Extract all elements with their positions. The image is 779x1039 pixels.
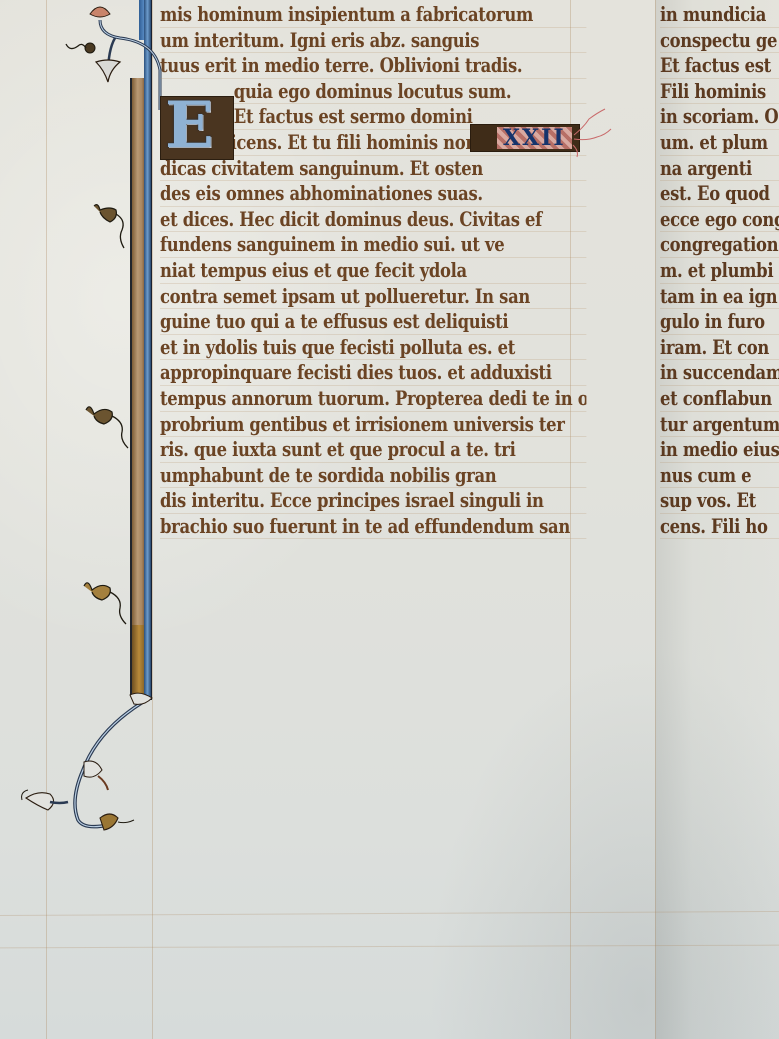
margin-leaf-icon-1 [92,200,132,250]
text-line: conspectu ge [660,28,779,54]
ruling-line-left [46,0,47,1039]
pen-flourish-icon [569,105,619,165]
text-line: et in ydolis tuis que fecisti polluta es… [160,335,586,361]
main-text-column: mis hominum insipientum a fabricatorum u… [160,2,585,539]
margin-leaf-icon-2 [84,400,130,450]
bottom-vine-flourish-icon [18,690,158,850]
text-line: Et factus est [660,53,779,79]
text-line: tam in ea ign [660,284,779,310]
text-line: na argenti [660,156,779,182]
chapter-rubric: XXII [470,124,580,152]
text-line: niat tempus eius et que fecit ydola [160,258,586,284]
text-line: umphabunt de te sordida nobilis gran [160,463,586,489]
text-line: nus cum e [660,463,779,489]
text-line: fundens sanguinem in medio sui. ut ve [160,232,586,258]
text-line: cens. Fili ho [660,514,779,540]
text-line: in medio eius [660,437,779,463]
text-line: congregatione [660,232,779,258]
text-line: um. et plum [660,130,779,156]
text-line: sup vos. Et [660,488,779,514]
chapter-number: XXII [497,127,572,149]
text-line: tur argentum [660,412,779,438]
text-line: m. et plumbi [660,258,779,284]
text-line: est. Eo quod [660,181,779,207]
ruling-line-column-right [655,0,656,1039]
text-line: et conflabun [660,386,779,412]
text-line: appropinquare fecisti dies tuos. et addu… [160,360,586,386]
text-line: gulo in furo [660,309,779,335]
text-line: Fili hominis [660,79,779,105]
text-line: mis hominum insipientum a fabricatorum [160,2,586,28]
text-line: brachio suo fuerunt in te ad effundendum… [160,514,586,540]
illuminated-initial: E [160,96,234,160]
text-line: probrium gentibus et irrisionem universi… [160,412,586,438]
text-line: contra semet ipsam ut pollueretur. In sa… [160,284,586,310]
right-text-column: venas et ne in mundicia conspectu ge Et … [660,2,779,539]
text-line: um interitum. Igni eris abz. sanguis [160,28,586,54]
text-line: des eis omnes abhominationes suas. [160,181,586,207]
manuscript-page: mis hominum insipientum a fabricatorum u… [0,0,779,1039]
text-line: guine tuo qui a te effusus est deliquist… [160,309,586,335]
text-line: dis interitu. Ecce principes israel sing… [160,488,586,514]
text-line: in mundicia [660,2,779,28]
text-line: ris. que iuxta sunt et que procul a te. … [160,437,586,463]
text-line: et dices. Hec dicit dominus deus. Civita… [160,207,586,233]
text-line: in succendam [660,360,779,386]
text-line: ecce ego congre [660,207,779,233]
text-line: tuus erit in medio terre. Oblivioni trad… [160,53,586,79]
ruling-line-text-left [152,0,153,1039]
initial-letter: E [165,91,214,161]
text-line: tempus annorum tuorum. Propterea dedi te… [160,386,586,412]
text-line: iram. Et con [660,335,779,361]
margin-leaf-icon-3 [82,576,128,626]
text-line: in scoriam. O [660,104,779,130]
